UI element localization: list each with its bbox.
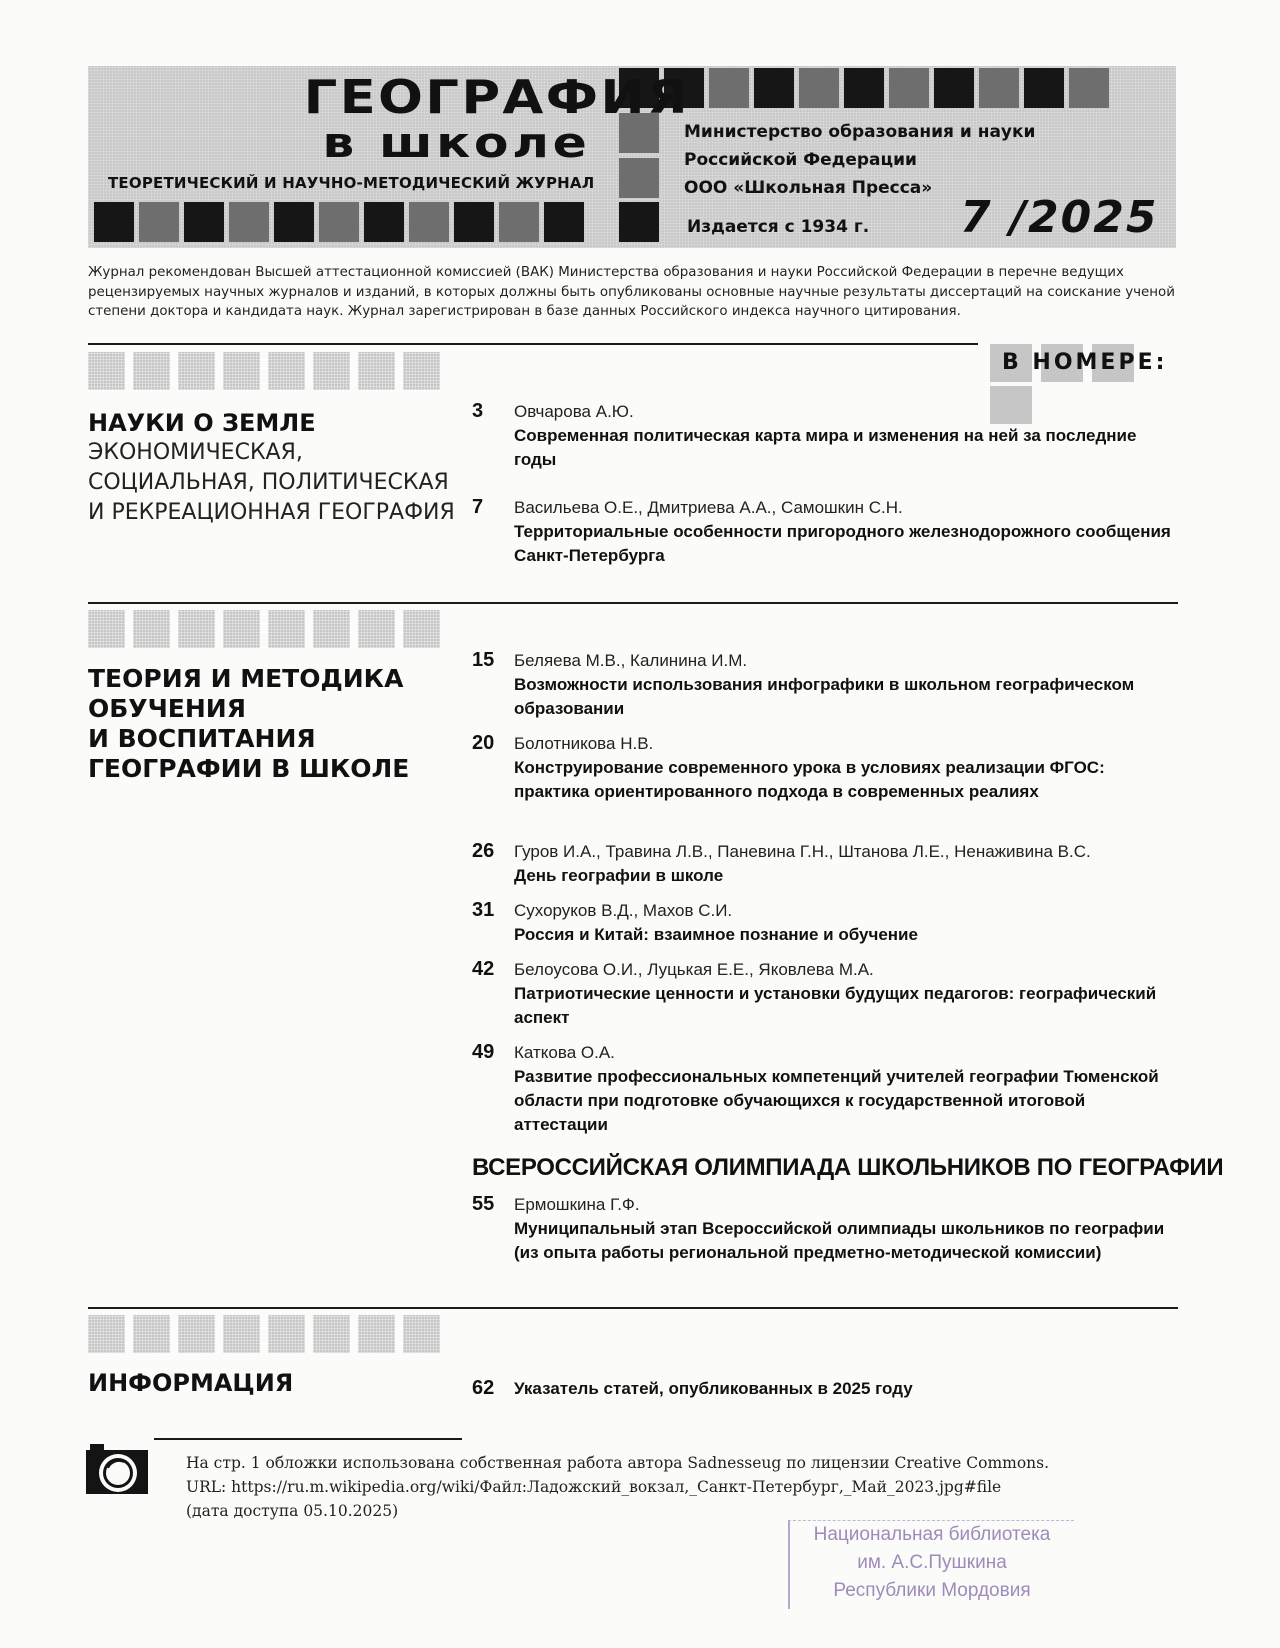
toc-entry[interactable]: 49 Каткова О.А. Развитие профессиональны…	[472, 1041, 1172, 1137]
vak-notice: Журнал рекомендован Высшей аттестационно…	[88, 263, 1178, 322]
decorative-square	[94, 202, 134, 242]
journal-title-line2: в школе	[322, 118, 590, 167]
decorative-square	[319, 202, 359, 242]
section-subtitle: ЭКОНОМИЧЕСКАЯ,	[88, 438, 455, 468]
toc-entry[interactable]: 31 Сухоруков В.Д., Махов С.И. Россия и К…	[472, 899, 1172, 947]
page-number: 55	[472, 1193, 512, 1216]
entry-title: Россия и Китай: взаимное познание и обуч…	[514, 923, 1172, 947]
in-issue-badge: В НОМЕРЕ:	[990, 344, 1180, 382]
page-number: 49	[472, 1041, 512, 1064]
decorative-square	[1069, 68, 1109, 108]
decorative-square	[934, 68, 974, 108]
entry-authors: Каткова О.А.	[514, 1041, 1172, 1065]
decorative-square	[139, 202, 179, 242]
section-title: И ВОСПИТАНИЯ	[88, 724, 409, 754]
entry-title: Возможности использования инфографики в …	[514, 673, 1172, 721]
section-subtitle: И РЕКРЕАЦИОННАЯ ГЕОГРАФИЯ	[88, 498, 455, 528]
toc-entry[interactable]: 62Указатель статей, опубликованных в 202…	[472, 1377, 913, 1400]
entry-authors: Беляева М.В., Калинина И.М.	[514, 649, 1172, 673]
stamp-line: Национальная библиотека	[790, 1521, 1074, 1549]
page-number: 31	[472, 899, 512, 922]
credit-line: На стр. 1 обложки использована собственн…	[186, 1451, 1049, 1475]
toc-entry[interactable]: 55 Ермошкина Г.Ф. Муниципальный этап Все…	[472, 1193, 1172, 1265]
toc-entry[interactable]: 7 Васильева О.Е., Дмитриева А.А., Самошк…	[472, 496, 1172, 568]
page-number: 15	[472, 649, 512, 672]
decorative-bar	[88, 352, 448, 390]
decorative-square	[1024, 68, 1064, 108]
camera-icon	[84, 1440, 150, 1496]
entry-title: Муниципальный этап Всероссийской олимпиа…	[514, 1217, 1172, 1265]
section-earth-sciences: НАУКИ О ЗЕМЛЕ ЭКОНОМИЧЕСКАЯ, СОЦИАЛЬНАЯ,…	[88, 408, 455, 528]
journal-subtitle: ТЕОРЕТИЧЕСКИЙ И НАУЧНО-МЕТОДИЧЕСКИЙ ЖУРН…	[108, 174, 594, 192]
in-issue-label: В НОМЕРЕ:	[1002, 350, 1167, 375]
section-title: НАУКИ О ЗЕМЛЕ	[88, 408, 455, 438]
library-stamp: Национальная библиотека им. А.С.Пушкина …	[788, 1520, 1074, 1609]
decorative-square	[619, 158, 659, 198]
divider	[88, 1307, 1178, 1309]
entry-authors: Болотникова Н.В.	[514, 732, 1172, 756]
publisher-line: Министерство образования и науки	[684, 118, 1035, 146]
decorative-square	[619, 202, 659, 242]
publisher-line: Российской Федерации	[684, 146, 1035, 174]
decorative-square	[709, 68, 749, 108]
decorative-square	[409, 202, 449, 242]
page-number: 42	[472, 958, 512, 981]
section-information: ИНФОРМАЦИЯ	[88, 1368, 293, 1398]
toc-entry[interactable]: 20 Болотникова Н.В. Конструирование совр…	[472, 732, 1172, 804]
toc-entry[interactable]: 15 Беляева М.В., Калинина И.М. Возможнос…	[472, 649, 1172, 721]
section-title: ГЕОГРАФИИ В ШКОЛЕ	[88, 754, 409, 784]
journal-title: ГЕОГРАФИЯ	[304, 70, 690, 124]
credit-url[interactable]: URL: https://ru.m.wikipedia.org/wiki/Фай…	[186, 1475, 1049, 1499]
entry-authors: Белоусова О.И., Луцькая Е.Е., Яковлева М…	[514, 958, 1172, 982]
decorative-square	[454, 202, 494, 242]
page-number: 7	[472, 496, 512, 519]
decorative-square	[754, 68, 794, 108]
decorative-square	[979, 68, 1019, 108]
entry-authors: Овчарова А.Ю.	[514, 400, 1172, 424]
entry-authors: Сухоруков В.Д., Махов С.И.	[514, 899, 1172, 923]
photo-credit: На стр. 1 обложки использована собственн…	[186, 1451, 1049, 1523]
decorative-square	[229, 202, 269, 242]
section-title: ТЕОРИЯ И МЕТОДИКА	[88, 664, 409, 694]
entry-title: Развитие профессиональных компетенций уч…	[514, 1065, 1172, 1137]
divider	[88, 602, 1178, 604]
decorative-square	[499, 202, 539, 242]
decorative-square	[889, 68, 929, 108]
entry-authors: Гуров И.А., Травина Л.В., Паневина Г.Н.,…	[514, 840, 1172, 864]
decorative-bar	[88, 610, 448, 648]
page-number: 62	[472, 1377, 514, 1400]
stamp-line: Республики Мордовия	[790, 1577, 1074, 1605]
page-number: 26	[472, 840, 512, 863]
publisher-info: Министерство образования и науки Российс…	[684, 118, 1035, 202]
entry-title: Территориальные особенности пригородного…	[514, 520, 1172, 568]
entry-title: Конструирование современного урока в усл…	[514, 756, 1172, 804]
decorative-bar	[88, 1315, 448, 1353]
section-subtitle: СОЦИАЛЬНАЯ, ПОЛИТИЧЕСКАЯ	[88, 468, 455, 498]
entry-authors: Васильева О.Е., Дмитриева А.А., Самошкин…	[514, 496, 1172, 520]
issue-number: 7 /2025	[960, 192, 1158, 243]
entry-authors: Ермошкина Г.Ф.	[514, 1193, 1172, 1217]
section-teaching-methods: ТЕОРИЯ И МЕТОДИКА ОБУЧЕНИЯ И ВОСПИТАНИЯ …	[88, 664, 409, 784]
entry-title: Указатель статей, опубликованных в 2025 …	[514, 1379, 913, 1398]
section-title: ОБУЧЕНИЯ	[88, 694, 409, 724]
olympiad-heading: ВСЕРОССИЙСКАЯ ОЛИМПИАДА ШКОЛЬНИКОВ ПО ГЕ…	[472, 1154, 1223, 1182]
entry-title: День географии в школе	[514, 864, 1172, 888]
decorative-square	[274, 202, 314, 242]
decorative-square	[184, 202, 224, 242]
decorative-square	[799, 68, 839, 108]
divider	[88, 343, 978, 345]
divider	[154, 1438, 462, 1440]
page-number: 20	[472, 732, 512, 755]
stamp-line: им. А.С.Пушкина	[790, 1549, 1074, 1577]
decorative-square	[364, 202, 404, 242]
toc-entry[interactable]: 42 Белоусова О.И., Луцькая Е.Е., Яковлев…	[472, 958, 1172, 1030]
toc-entry[interactable]: 3 Овчарова А.Ю. Современная политическая…	[472, 400, 1172, 472]
entry-title: Патриотические ценности и установки буду…	[514, 982, 1172, 1030]
page-number: 3	[472, 400, 512, 423]
toc-entry[interactable]: 26 Гуров И.А., Травина Л.В., Паневина Г.…	[472, 840, 1172, 888]
published-since: Издается с 1934 г.	[687, 217, 869, 237]
decorative-square	[844, 68, 884, 108]
decorative-square	[544, 202, 584, 242]
entry-title: Современная политическая карта мира и из…	[514, 424, 1172, 472]
